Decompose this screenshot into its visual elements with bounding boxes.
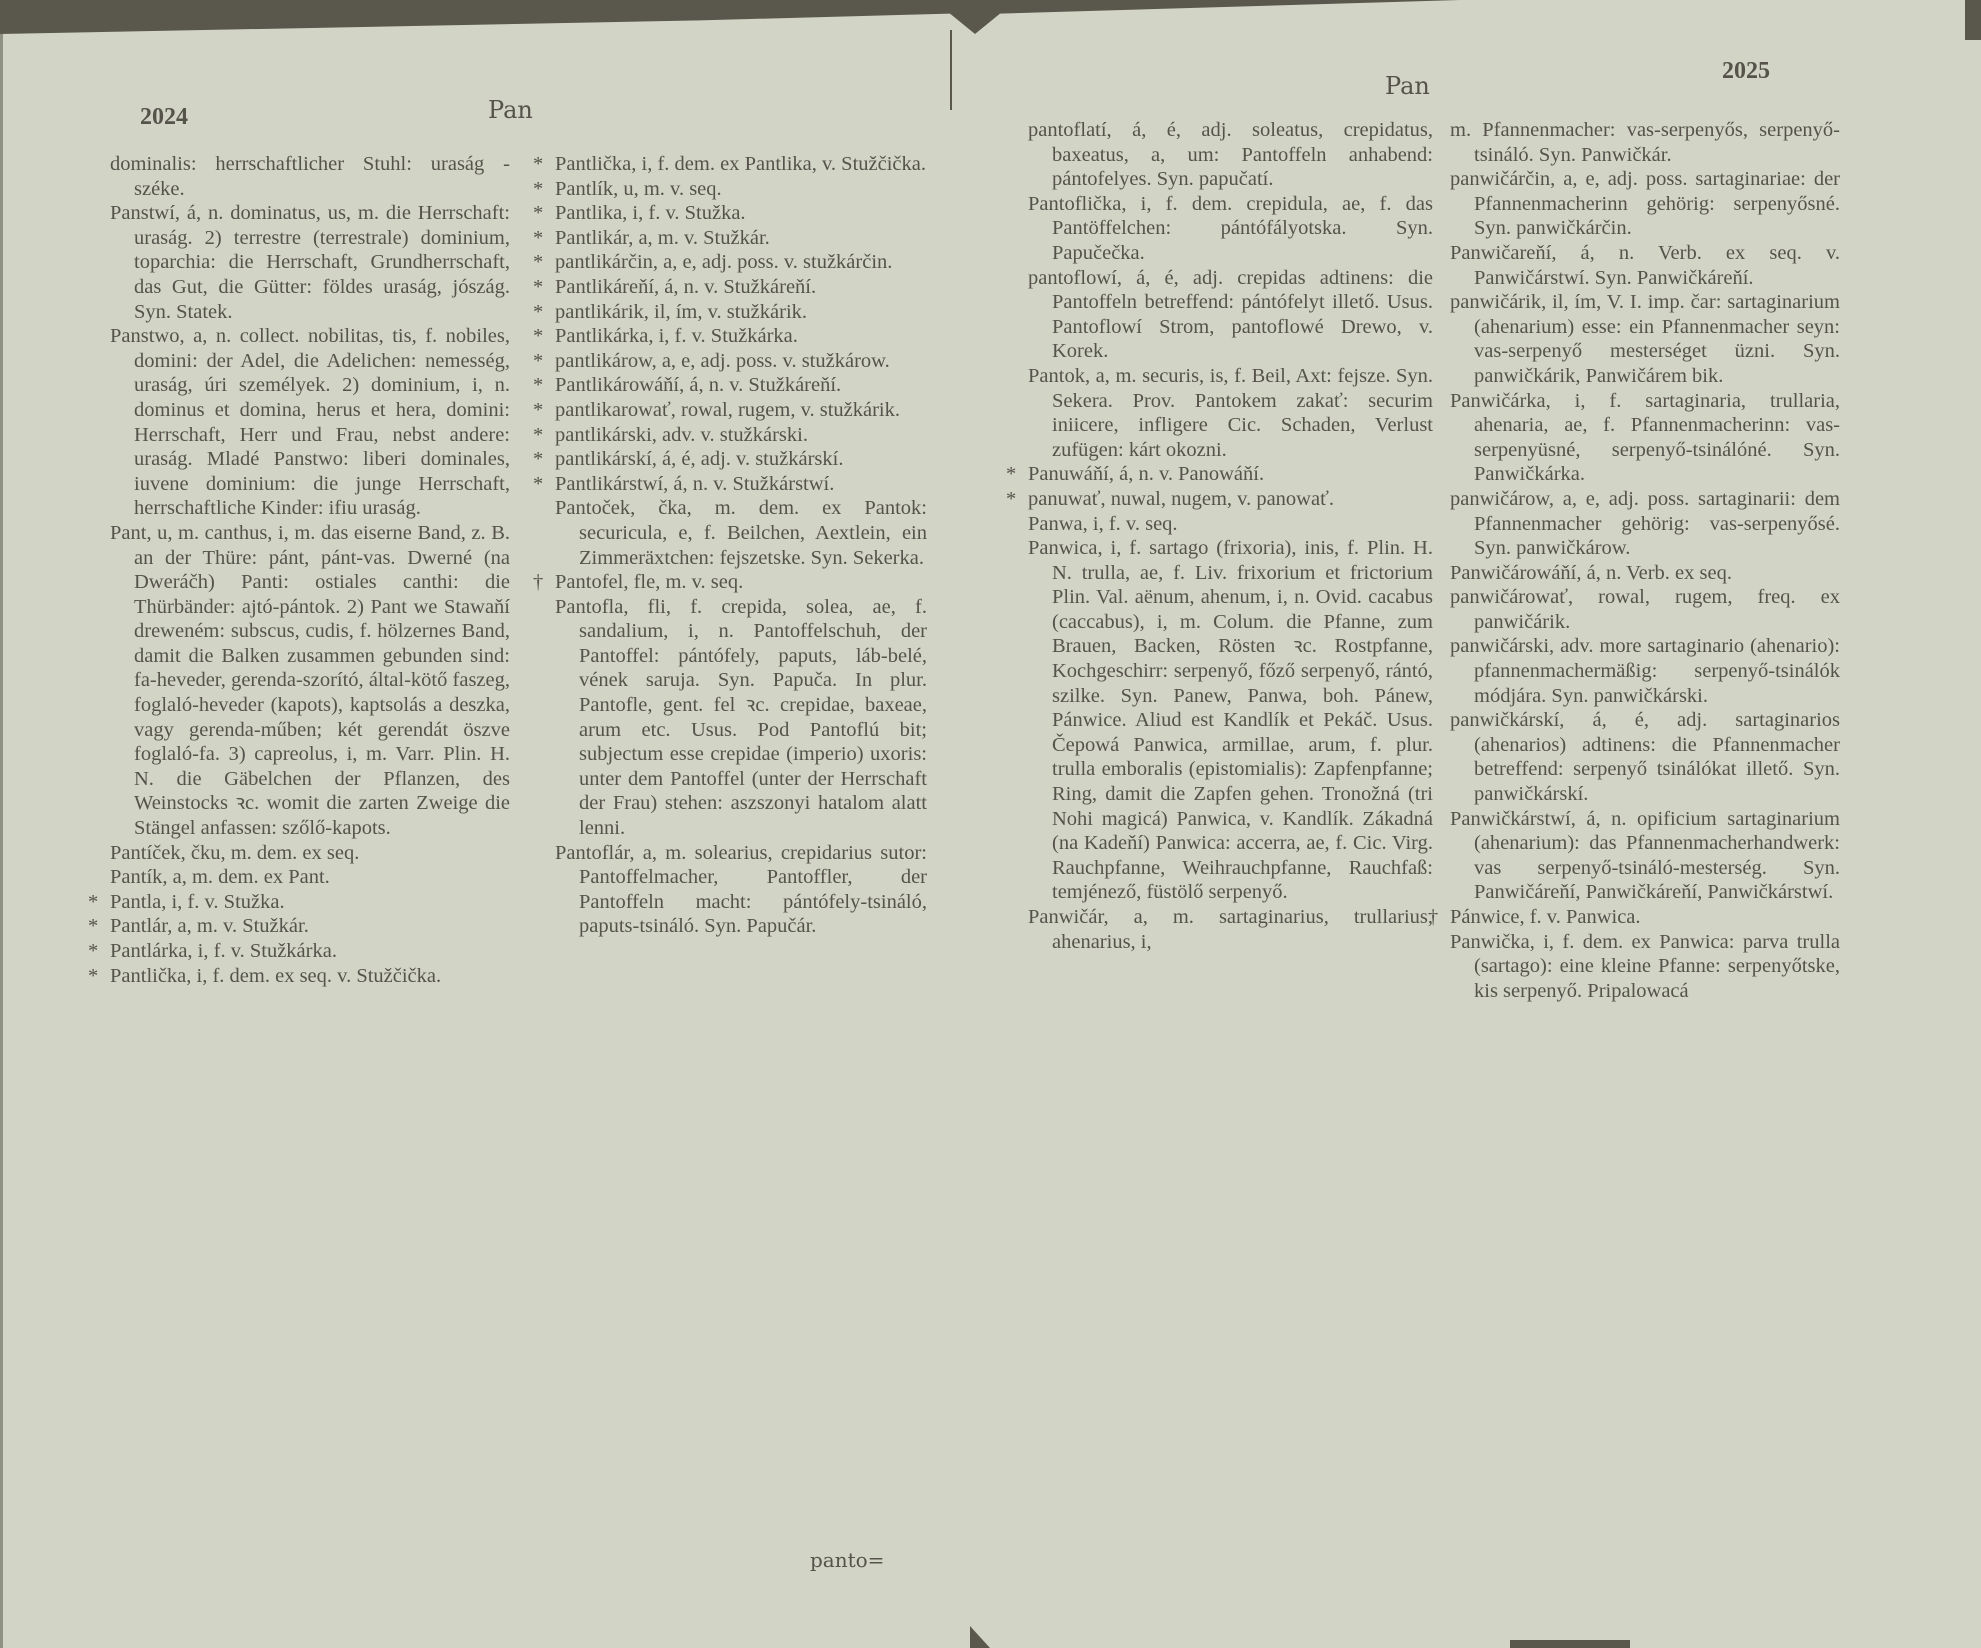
running-head: Pan [1385, 72, 1430, 100]
asterisk-marker-icon: * [533, 152, 543, 177]
asterisk-marker-icon: * [88, 939, 98, 964]
entry-text: Pantoček, čka, m. dem. ex Pantok: securi… [555, 497, 927, 568]
dictionary-entry: *Pantlika, i, f. v. Stužka. [555, 201, 927, 226]
entry-text: Panwičárowáňí, á, n. Verb. ex seq. [1450, 562, 1732, 584]
dictionary-entry: pantoflowí, á, é, adj. crepidas adtinens… [1028, 266, 1433, 364]
asterisk-marker-icon: * [88, 914, 98, 939]
catchword: panto= [810, 1548, 884, 1572]
book-top-shadow [0, 0, 1981, 34]
entry-text: panwičárow, a, e, adj. poss. sartaginari… [1450, 488, 1840, 559]
dictionary-entry: Panwička, i, f. dem. ex Panwica: parva t… [1450, 930, 1840, 1004]
dictionary-entry: *pantlikarowať, rowal, rugem, v. stužkár… [555, 398, 927, 423]
dictionary-entry: Panwičár, a, m. sartaginarius, trullariu… [1028, 905, 1433, 954]
asterisk-marker-icon: * [533, 201, 543, 226]
entry-text: pantoflowí, á, é, adj. crepidas adtinens… [1028, 267, 1433, 363]
dictionary-entry: Panwa, i, f. v. seq. [1028, 512, 1433, 537]
dictionary-entry: Pantoflár, a, m. solearius, crepidarius … [555, 841, 927, 939]
entry-text: Panwičárka, i, f. sartaginaria, trullari… [1450, 390, 1840, 486]
dictionary-entry: *pantlikárow, a, e, adj. poss. v. stužká… [555, 349, 927, 374]
entry-text: Pantla, i, f. v. Stužka. [110, 891, 285, 913]
dictionary-entry: pantoflatí, á, é, adj. soleatus, crepida… [1028, 118, 1433, 192]
dictionary-entry: Panwičkárstwí, á, n. opificium sartagina… [1450, 807, 1840, 905]
entry-text: Pantlička, i, f. dem. ex Pantlika, v. St… [555, 153, 926, 175]
entry-text: Panstwí, á, n. dominatus, us, m. die Her… [110, 202, 510, 322]
entry-text: Pantlička, i, f. dem. ex seq. v. Stužčič… [110, 965, 441, 987]
page-left-edge-shadow [0, 0, 3, 1648]
dictionary-entry: panwičárik, il, ím, V. I. imp. čar: sart… [1450, 290, 1840, 388]
page-number: 2024 [140, 104, 188, 131]
dictionary-entry: *pantlikárčin, a, e, adj. poss. v. stužk… [555, 250, 927, 275]
entry-text: Pantlikárka, i, f. v. Stužkárka. [555, 325, 798, 347]
asterisk-marker-icon: * [533, 423, 543, 448]
entry-text: Pantlika, i, f. v. Stužka. [555, 202, 746, 224]
book-bottom-shadow-right [1510, 1640, 1630, 1648]
dictionary-entry: †Pánwice, f. v. Panwica. [1450, 905, 1840, 930]
entry-text: panwičárik, il, ím, V. I. imp. čar: sart… [1450, 291, 1840, 387]
dictionary-entry: *Pantlikáreňí, á, n. v. Stužkáreňí. [555, 275, 927, 300]
dictionary-entry: *Pantlikárka, i, f. v. Stužkárka. [555, 324, 927, 349]
entry-text: Panwica, i, f. sartago (frixoria), inis,… [1028, 537, 1433, 903]
entry-text: Panwičkárstwí, á, n. opificium sartagina… [1450, 808, 1840, 904]
dagger-marker-icon: † [533, 570, 543, 595]
asterisk-marker-icon: * [533, 373, 543, 398]
dictionary-entry: panwičkárskí, á, é, adj. sartaginarios (… [1450, 708, 1840, 806]
entry-text: Panwičár, a, m. sartaginarius, trullariu… [1028, 906, 1433, 953]
entry-text: pantlikárskí, á, é, adj. v. stužkárskí. [555, 448, 843, 470]
dictionary-entry: Panstwo, a, n. collect. nobilitas, tis, … [110, 324, 510, 521]
dictionary-entry: panwičárowať, rowal, rugem, freq. ex pan… [1450, 585, 1840, 634]
dictionary-entry: *Pantla, i, f. v. Stužka. [110, 890, 510, 915]
entry-text: Pantoflička, i, f. dem. crepidula, ae, f… [1028, 193, 1433, 264]
entry-text: dominalis: herrschaftlicher Stuhl: urasá… [110, 153, 510, 200]
entry-text: m. Pfannenmacher: vas-serpenyős, serpeny… [1450, 119, 1840, 166]
entry-text: Pantlík, u, m. v. seq. [555, 178, 722, 200]
dictionary-entry: *Pantlikárowáňí, á, n. v. Stužkáreňí. [555, 373, 927, 398]
dictionary-entry: Panstwí, á, n. dominatus, us, m. die Her… [110, 201, 510, 324]
entry-text: Panstwo, a, n. collect. nobilitas, tis, … [110, 325, 510, 519]
entry-text: Panwa, i, f. v. seq. [1028, 513, 1178, 535]
dictionary-entry: *Pantlikárstwí, á, n. v. Stužkárstwí. [555, 472, 927, 497]
dictionary-entry: *Pantlárka, i, f. v. Stužkárka. [110, 939, 510, 964]
page-right-edge-shadow [1965, 0, 1981, 40]
asterisk-marker-icon: * [533, 177, 543, 202]
dictionary-entry: *Pantlikár, a, m. v. Stužkár. [555, 226, 927, 251]
entry-text: Pantoflár, a, m. solearius, crepidarius … [555, 842, 927, 938]
dictionary-entry: Pant, u, m. canthus, i, m. das eiserne B… [110, 521, 510, 841]
column-2: *Pantlička, i, f. dem. ex Pantlika, v. S… [555, 152, 927, 939]
asterisk-marker-icon: * [533, 300, 543, 325]
entry-text: pantlikárčin, a, e, adj. poss. v. stužká… [555, 251, 892, 273]
entry-text: Panwičareňí, á, n. Verb. ex seq. v. Panw… [1450, 242, 1840, 289]
entry-text: Pantlikáreňí, á, n. v. Stužkáreňí. [555, 276, 816, 298]
entry-text: Pant, u, m. canthus, i, m. das eiserne B… [110, 522, 510, 839]
entry-text: panwičkárskí, á, é, adj. sartaginarios (… [1450, 709, 1840, 805]
dictionary-entry: *Pantlík, u, m. v. seq. [555, 177, 927, 202]
book-bottom-shadow [970, 1626, 990, 1648]
entry-text: pantlikárik, il, ím, v. stužkárik. [555, 301, 807, 323]
dictionary-entry: *Pantlička, i, f. dem. ex Pantlika, v. S… [555, 152, 927, 177]
asterisk-marker-icon: * [533, 447, 543, 472]
asterisk-marker-icon: * [1006, 462, 1016, 487]
dictionary-entry: Pantok, a, m. securis, is, f. Beil, Axt:… [1028, 364, 1433, 462]
dictionary-entry: Pantoček, čka, m. dem. ex Pantok: securi… [555, 496, 927, 570]
dictionary-entry: panwičárčin, a, e, adj. poss. sartaginar… [1450, 167, 1840, 241]
entry-text: Pantofel, fle, m. v. seq. [555, 571, 743, 593]
dictionary-entry: *Panuwáňí, á, n. v. Panowáňí. [1028, 462, 1433, 487]
entry-text: panwičárčin, a, e, adj. poss. sartaginar… [1450, 168, 1840, 239]
column-4: m. Pfannenmacher: vas-serpenyős, serpeny… [1450, 118, 1840, 1003]
entry-text: Panwička, i, f. dem. ex Panwica: parva t… [1450, 931, 1840, 1002]
dictionary-entry: panwičárow, a, e, adj. poss. sartaginari… [1450, 487, 1840, 561]
asterisk-marker-icon: * [533, 398, 543, 423]
entry-text: pantoflatí, á, é, adj. soleatus, crepida… [1028, 119, 1433, 190]
dictionary-entry: †Pantofel, fle, m. v. seq. [555, 570, 927, 595]
asterisk-marker-icon: * [533, 226, 543, 251]
column-3: pantoflatí, á, é, adj. soleatus, crepida… [1028, 118, 1433, 954]
asterisk-marker-icon: * [88, 964, 98, 989]
asterisk-marker-icon: * [533, 324, 543, 349]
dictionary-entry: *Pantlička, i, f. dem. ex seq. v. Stužči… [110, 964, 510, 989]
entry-text: panwičárowať, rowal, rugem, freq. ex pan… [1450, 586, 1840, 633]
entry-text: Pantík, a, m. dem. ex Pant. [110, 866, 330, 888]
asterisk-marker-icon: * [88, 890, 98, 915]
asterisk-marker-icon: * [533, 275, 543, 300]
dictionary-entry: *Pantlár, a, m. v. Stužkár. [110, 914, 510, 939]
dictionary-entry: Pantoflička, i, f. dem. crepidula, ae, f… [1028, 192, 1433, 266]
asterisk-marker-icon: * [533, 349, 543, 374]
entry-text: Pantlikárstwí, á, n. v. Stužkárstwí. [555, 473, 834, 495]
entry-text: Pantlár, a, m. v. Stužkár. [110, 915, 309, 937]
book-gutter [950, 30, 952, 110]
entry-text: pantlikarowať, rowal, rugem, v. stužkári… [555, 399, 900, 421]
dictionary-entry: Panwica, i, f. sartago (frixoria), inis,… [1028, 536, 1433, 905]
entry-text: Panuwáňí, á, n. v. Panowáňí. [1028, 463, 1264, 485]
dictionary-entry: Pantíček, čku, m. dem. ex seq. [110, 841, 510, 866]
dictionary-entry: Panwičareňí, á, n. Verb. ex seq. v. Panw… [1450, 241, 1840, 290]
asterisk-marker-icon: * [533, 250, 543, 275]
page-number: 2025 [1722, 58, 1770, 85]
dictionary-entry: Panwičárowáňí, á, n. Verb. ex seq. [1450, 561, 1840, 586]
entry-text: panwičárski, adv. more sartaginario (ahe… [1450, 635, 1840, 706]
entry-text: Pantok, a, m. securis, is, f. Beil, Axt:… [1028, 365, 1433, 461]
asterisk-marker-icon: * [1006, 487, 1016, 512]
entry-text: panuwať, nuwal, nugem, v. panowať. [1028, 488, 1334, 510]
dictionary-entry: *pantlikárskí, á, é, adj. v. stužkárskí. [555, 447, 927, 472]
dictionary-entry: Panwičárka, i, f. sartaginaria, trullari… [1450, 389, 1840, 487]
dictionary-entry: m. Pfannenmacher: vas-serpenyős, serpeny… [1450, 118, 1840, 167]
dictionary-entry: Pantík, a, m. dem. ex Pant. [110, 865, 510, 890]
entry-text: Pantlikárowáňí, á, n. v. Stužkáreňí. [555, 374, 841, 396]
dictionary-entry: *pantlikárik, il, ím, v. stužkárik. [555, 300, 927, 325]
dictionary-entry: *panuwať, nuwal, nugem, v. panowať. [1028, 487, 1433, 512]
column-1: dominalis: herrschaftlicher Stuhl: urasá… [110, 152, 510, 988]
entry-text: Pantíček, čku, m. dem. ex seq. [110, 842, 359, 864]
entry-text: Pantofla, fli, f. crepida, solea, ae, f.… [555, 596, 927, 839]
asterisk-marker-icon: * [533, 472, 543, 497]
dictionary-entry: panwičárski, adv. more sartaginario (ahe… [1450, 634, 1840, 708]
dictionary-entry: dominalis: herrschaftlicher Stuhl: urasá… [110, 152, 510, 201]
entry-text: Pantlikár, a, m. v. Stužkár. [555, 227, 770, 249]
dictionary-entry: Pantofla, fli, f. crepida, solea, ae, f.… [555, 595, 927, 841]
entry-text: Pantlárka, i, f. v. Stužkárka. [110, 940, 337, 962]
entry-text: pantlikárow, a, e, adj. poss. v. stužkár… [555, 350, 890, 372]
dictionary-entry: *pantlikárski, adv. v. stužkárski. [555, 423, 927, 448]
running-head: Pan [488, 96, 533, 124]
entry-text: pantlikárski, adv. v. stužkárski. [555, 424, 808, 446]
entry-text: Pánwice, f. v. Panwica. [1450, 906, 1641, 928]
dagger-marker-icon: † [1428, 905, 1438, 930]
